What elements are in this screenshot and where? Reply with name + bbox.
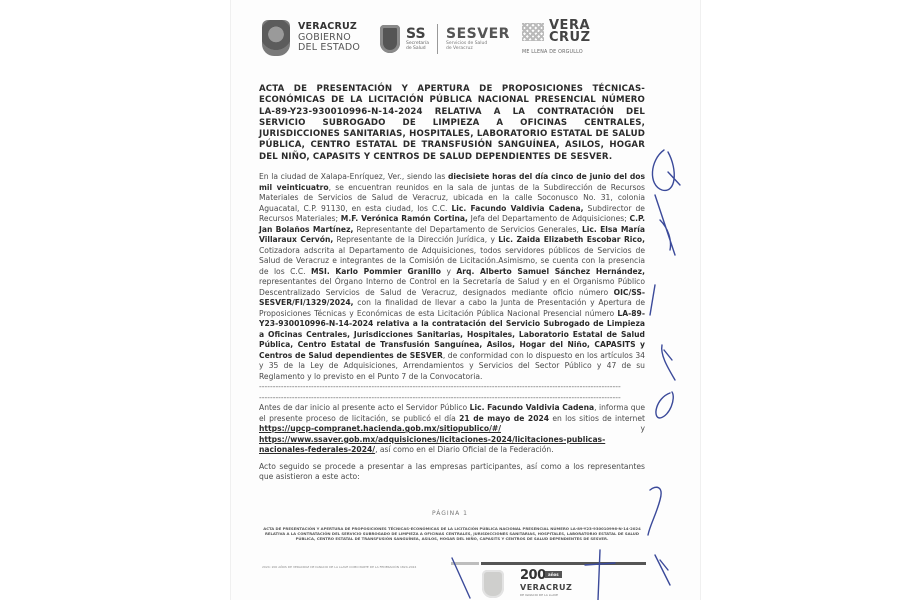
- logo-ss-abbr: SS: [406, 27, 429, 41]
- logo-divider: [437, 24, 438, 54]
- document-body: ACTA DE PRESENTACIÓN Y APERTURA DE PROPO…: [259, 84, 645, 483]
- attendee-name: M.F. Verónica Ramón Cortina,: [341, 214, 468, 223]
- text: En la ciudad de Xalapa-Enríquez, Ver., s…: [259, 172, 448, 181]
- compranet-link[interactable]: https://upcp-compranet.hacienda.gob.mx/s…: [259, 424, 501, 433]
- anniversary-subtitle: DE IGNACIO DE LA LLAVE: [520, 593, 558, 597]
- paragraph-participants: Acto seguido se procede a presentar a la…: [259, 462, 645, 483]
- text: representantes del Órgano Interno de Con…: [259, 277, 645, 297]
- footer-crest-icon: [482, 570, 504, 598]
- official-name: Lic. Facundo Valdivia Cadena: [470, 403, 594, 412]
- ss-crest-icon: [380, 25, 400, 53]
- logo-sesver-name: SESVER: [446, 27, 510, 41]
- anniversary-badge: años: [545, 571, 562, 578]
- anniversary-name: VERACRUZ: [520, 583, 572, 592]
- attendee-name: Lic. Zaida Elizabeth Escobar Rico,: [498, 235, 645, 244]
- text: Representante de la Dirección Jurídica, …: [333, 235, 498, 244]
- document-title: ACTA DE PRESENTACIÓN Y APERTURA DE PROPO…: [259, 84, 645, 163]
- footer-bar-light: [451, 562, 479, 565]
- anniversary-number: 200: [520, 568, 546, 583]
- logo-ss-sub2: de Salud: [406, 46, 429, 51]
- paragraph-publication: Antes de dar inicio al presente acto el …: [259, 403, 645, 456]
- logo-ss-sesver: SS Secretaría de Salud SESVER Servicios …: [380, 24, 510, 54]
- logo-sesver-sub2: de Veracruz: [446, 46, 510, 51]
- text: en los sitios de internet: [549, 414, 645, 423]
- dash-separator: ----------------------------------------…: [259, 393, 645, 404]
- dash-separator: ----------------------------------------…: [259, 382, 645, 393]
- footer-year-legend: 2024: 200 AÑOS DE VERACRUZ DE IGNACIO DE…: [262, 565, 447, 569]
- text: y: [501, 424, 645, 433]
- footer-bar-dark: [481, 562, 646, 565]
- logo-gobierno-veracruz: VERACRUZ GOBIERNO DEL ESTADO: [262, 20, 360, 56]
- publication-date: 21 de mayo de 2024: [459, 414, 549, 423]
- logo-vera-slogan: ME LLENA DE ORGULLO: [522, 50, 583, 55]
- text: Jefa del Departamento de Adquisiciones;: [468, 214, 630, 223]
- textile-pattern-icon: [522, 23, 544, 41]
- page-number: PÁGINA 1: [0, 510, 900, 517]
- logo-vera-line2: CRUZ: [549, 32, 591, 44]
- text: Antes de dar inicio al presente acto el …: [259, 403, 470, 412]
- attendee-name: MSI. Karlo Pommier Granillo: [311, 267, 441, 276]
- footer-document-title: ACTA DE PRESENTACIÓN Y APERTURA DE PROPO…: [262, 526, 642, 541]
- text: y: [441, 267, 456, 276]
- text: Representante del Departamento de Servic…: [353, 225, 582, 234]
- logo-gob-line3: DEL ESTADO: [298, 43, 360, 54]
- text: , así como en el Diario Oficial de la Fe…: [375, 445, 554, 454]
- logo-veracruz-orgullo: VERA CRUZ ME LLENA DE ORGULLO: [522, 20, 591, 55]
- state-crest-icon: [262, 20, 290, 56]
- paragraph-opening: En la ciudad de Xalapa-Enríquez, Ver., s…: [259, 172, 645, 382]
- attendee-name: Lic. Facundo Valdivia Cadena,: [451, 204, 583, 213]
- attendee-name: Arq. Alberto Samuel Sánchez Hernández,: [456, 267, 645, 276]
